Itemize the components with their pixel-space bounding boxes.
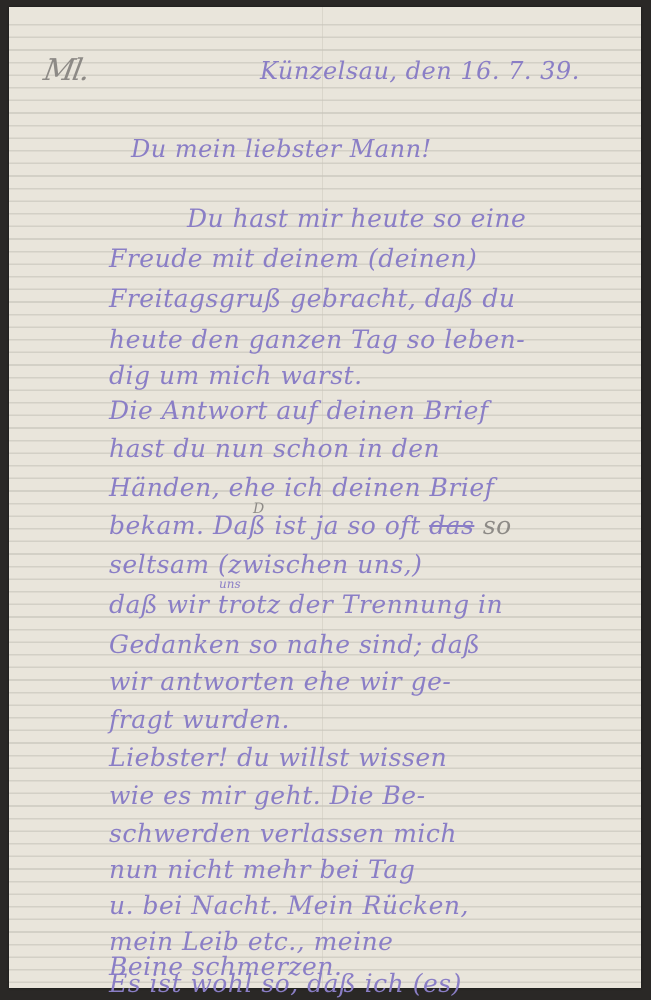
pencil-insert-so: so (483, 511, 512, 540)
letter-line-11: daß wir trotz der Trennung in (109, 590, 503, 619)
letter-sheet: Ml. Künzelsau, den 16. 7. 39. Du mein li… (9, 7, 641, 988)
letter-line-5: dig um mich warst. (109, 361, 363, 390)
letter-line-12: Gedanken so nahe sind; daß (109, 630, 480, 659)
place-date: Künzelsau, den 16. 7. 39. (260, 57, 580, 85)
pencil-overwrite-d: D (253, 501, 264, 517)
letter-line-1: Du hast mir heute so eine (187, 204, 526, 233)
letter-line-9: bekam. Daß ist ja so oft das so (109, 511, 512, 540)
letter-line-18: nun nicht mehr bei Tag (109, 855, 415, 884)
letter-line-10: seltsam (zwischen uns,) (109, 550, 422, 579)
letter-line-22: Es ist wohl so, daß ich (es) (109, 969, 462, 998)
letter-line-14: fragt wurden. (109, 705, 290, 734)
letter-line-15: Liebster! du willst wissen (109, 743, 447, 772)
letter-line-8: Händen, ehe ich deinen Brief (109, 473, 494, 502)
letter-line-7: hast du nun schon in den (109, 434, 440, 463)
letter-line-19: u. bei Nacht. Mein Rücken, (109, 891, 469, 920)
inserted-word-uns: uns (219, 577, 241, 591)
pencil-annotation: Ml. (41, 53, 91, 88)
letter-line-17: schwerden verlassen mich (109, 819, 457, 848)
letter-line-9-text: bekam. Daß ist ja so oft (109, 511, 421, 540)
letter-line-16: wie es mir geht. Die Be- (109, 781, 426, 810)
struck-word: das (429, 511, 474, 540)
letter-line-6: Die Antwort auf deinen Brief (109, 396, 489, 425)
salutation: Du mein liebster Mann! (131, 135, 432, 163)
letter-line-4: heute den ganzen Tag so leben- (109, 325, 525, 354)
letter-line-13: wir antworten ehe wir ge- (109, 667, 451, 696)
letter-line-2: Freude mit deinem (deinen) (109, 244, 477, 273)
letter-line-3: Freitagsgruß gebracht, daß du (109, 284, 515, 313)
